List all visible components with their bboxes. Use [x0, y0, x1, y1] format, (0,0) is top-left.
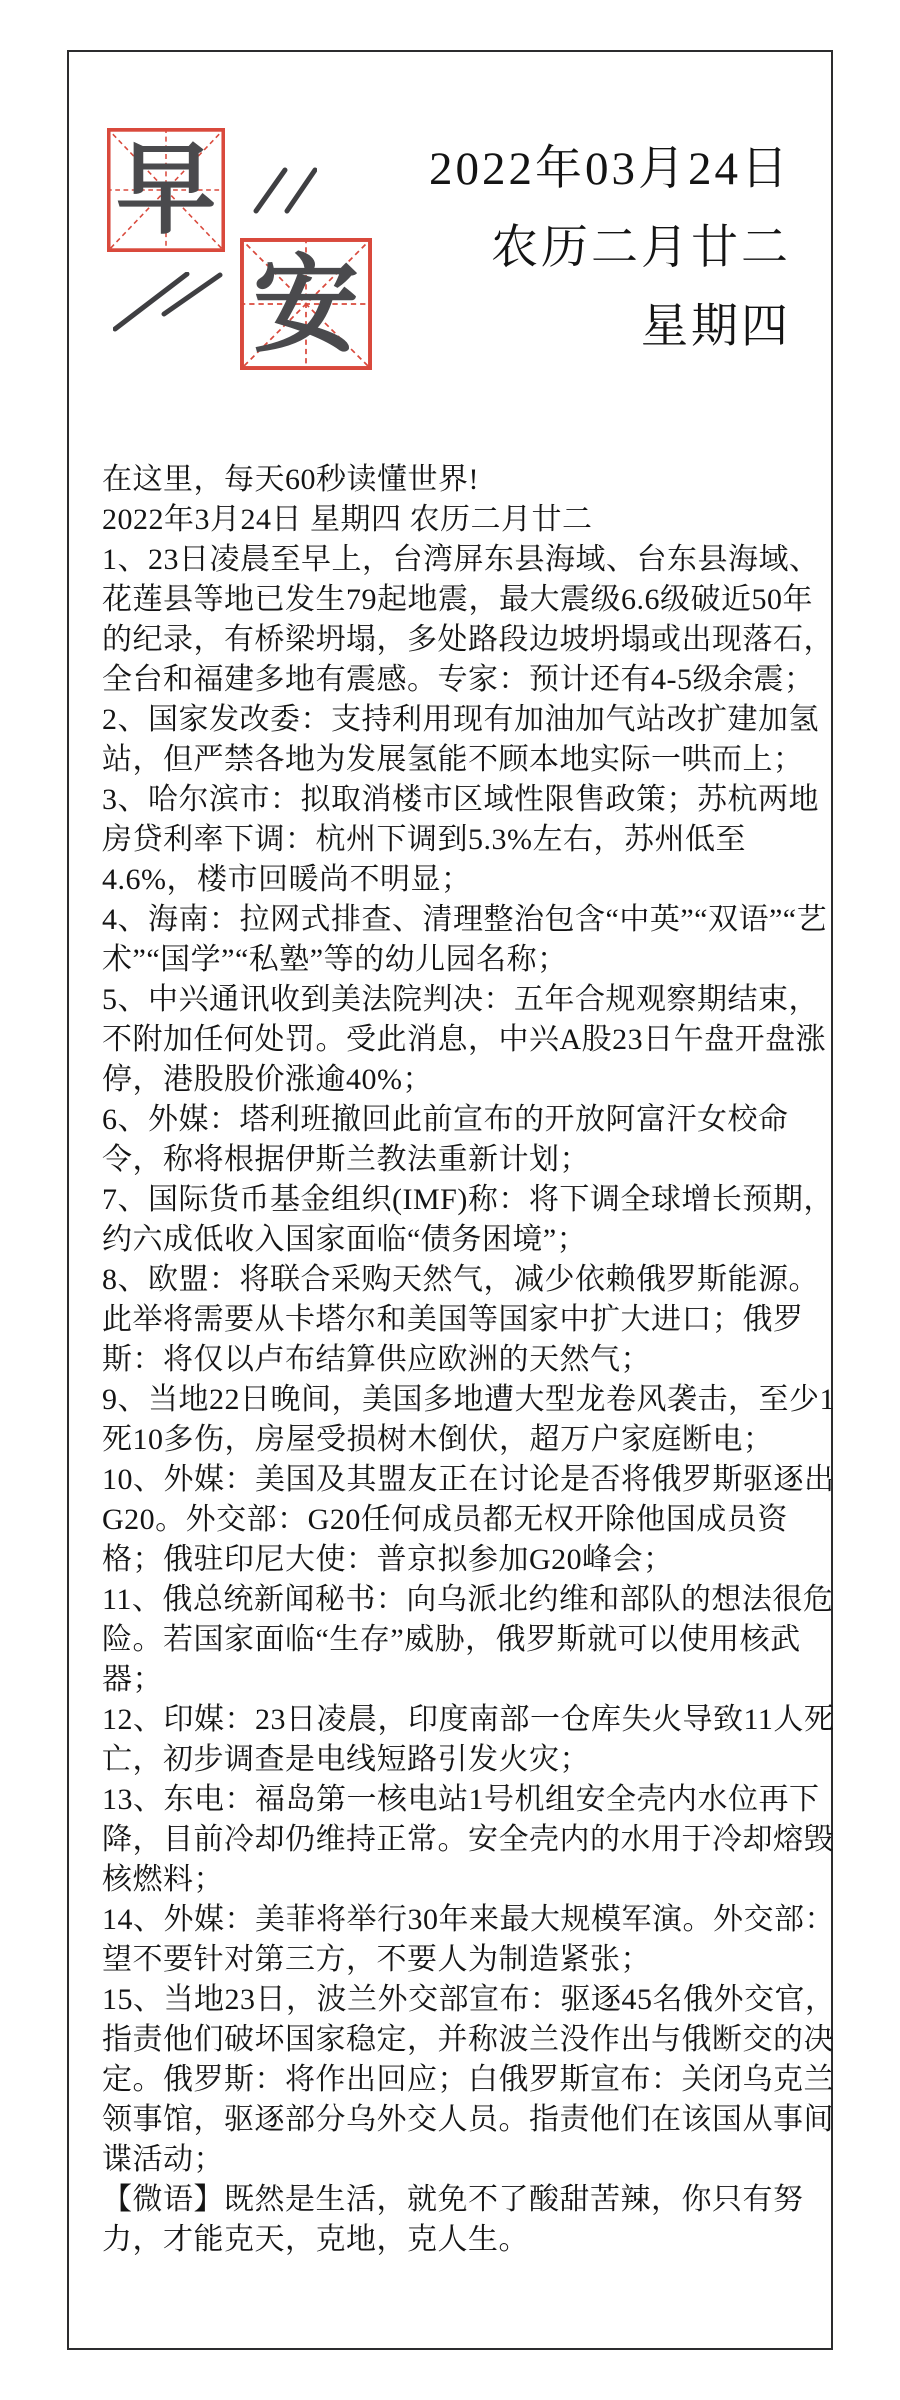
- brand-char-zao: 早: [107, 128, 225, 252]
- news-item: 6、外媒：塔利班撤回此前宣布的开放阿富汗女校命令，称将根据伊斯兰教法重新计划；: [102, 1100, 836, 1180]
- double-slash-icon: [113, 272, 223, 332]
- brand-char-box-zao: 早: [107, 128, 225, 252]
- morning-news-poster: { "page": { "background": "#ffffff", "fr…: [0, 0, 900, 2400]
- weiyu-line: 【微语】既然是生活，就免不了酸甜苦辣，你只有努力，才能克天，克地，克人生。: [102, 2180, 836, 2260]
- news-item: 1、23日凌晨至早上，台湾屏东县海域、台东县海域、花莲县等地已发生79起地震，最…: [102, 540, 836, 700]
- news-item: 14、外媒：美菲将举行30年来最大规模军演。外交部：望不要针对第三方，不要人为制…: [102, 1900, 836, 1980]
- double-slash-icon: [253, 166, 317, 214]
- brand-char-box-an: 安: [240, 238, 372, 370]
- news-item: 2、国家发改委：支持利用现有加油加气站改扩建加氢站，但严禁各地为发展氢能不顾本地…: [102, 700, 836, 780]
- date-line-weekday: 星期四: [429, 288, 791, 367]
- date-summary-line: 2022年3月24日 星期四 农历二月廿二: [102, 500, 836, 540]
- intro-line: 在这里，每天60秒读懂世界!: [102, 460, 836, 500]
- news-item: 8、欧盟：将联合采购天然气，减少依赖俄罗斯能源。此举将需要从卡塔尔和美国等国家中…: [102, 1260, 836, 1380]
- news-item: 3、哈尔滨市：拟取消楼市区域性限售政策；苏杭两地房贷利率下调：杭州下调到5.3%…: [102, 780, 836, 900]
- news-item: 4、海南：拉网式排查、清理整治包含“中英”“双语”“艺术”“国学”“私塾”等的幼…: [102, 900, 836, 980]
- date-line-lunar: 农历二月廿二: [429, 209, 791, 288]
- page-frame: 早 安 2022年03月24日 农历二月廿二 星期四 在这里，每天60秒读懂世界…: [67, 50, 833, 2350]
- news-item: 11、俄总统新闻秘书：向乌派北约维和部队的想法很危险。若国家面临“生存”威胁，俄…: [102, 1580, 836, 1700]
- date-block: 2022年03月24日 农历二月廿二 星期四: [429, 130, 791, 367]
- news-body: 在这里，每天60秒读懂世界! 2022年3月24日 星期四 农历二月廿二 1、2…: [102, 460, 836, 2260]
- news-item: 13、东电：福岛第一核电站1号机组安全壳内水位再下降，目前冷却仍维持正常。安全壳…: [102, 1780, 836, 1900]
- brand-char-an: 安: [240, 238, 372, 370]
- news-item: 15、当地23日，波兰外交部宣布：驱逐45名俄外交官，指责他们破坏国家稳定，并称…: [102, 1980, 836, 2180]
- news-item: 7、国际货币基金组织(IMF)称：将下调全球增长预期，约六成低收入国家面临“债务…: [102, 1180, 836, 1260]
- news-item: 12、印媒：23日凌晨，印度南部一仓库失火导致11人死亡，初步调查是电线短路引发…: [102, 1700, 836, 1780]
- date-line-gregorian: 2022年03月24日: [429, 130, 791, 209]
- news-item: 5、中兴通讯收到美法院判决：五年合规观察期结束，不附加任何处罚。受此消息，中兴A…: [102, 980, 836, 1100]
- news-item: 9、当地22日晚间，美国多地遭大型龙卷风袭击，至少1死10多伤，房屋受损树木倒伏…: [102, 1380, 836, 1460]
- news-item: 10、外媒：美国及其盟友正在讨论是否将俄罗斯驱逐出G20。外交部：G20任何成员…: [102, 1460, 836, 1580]
